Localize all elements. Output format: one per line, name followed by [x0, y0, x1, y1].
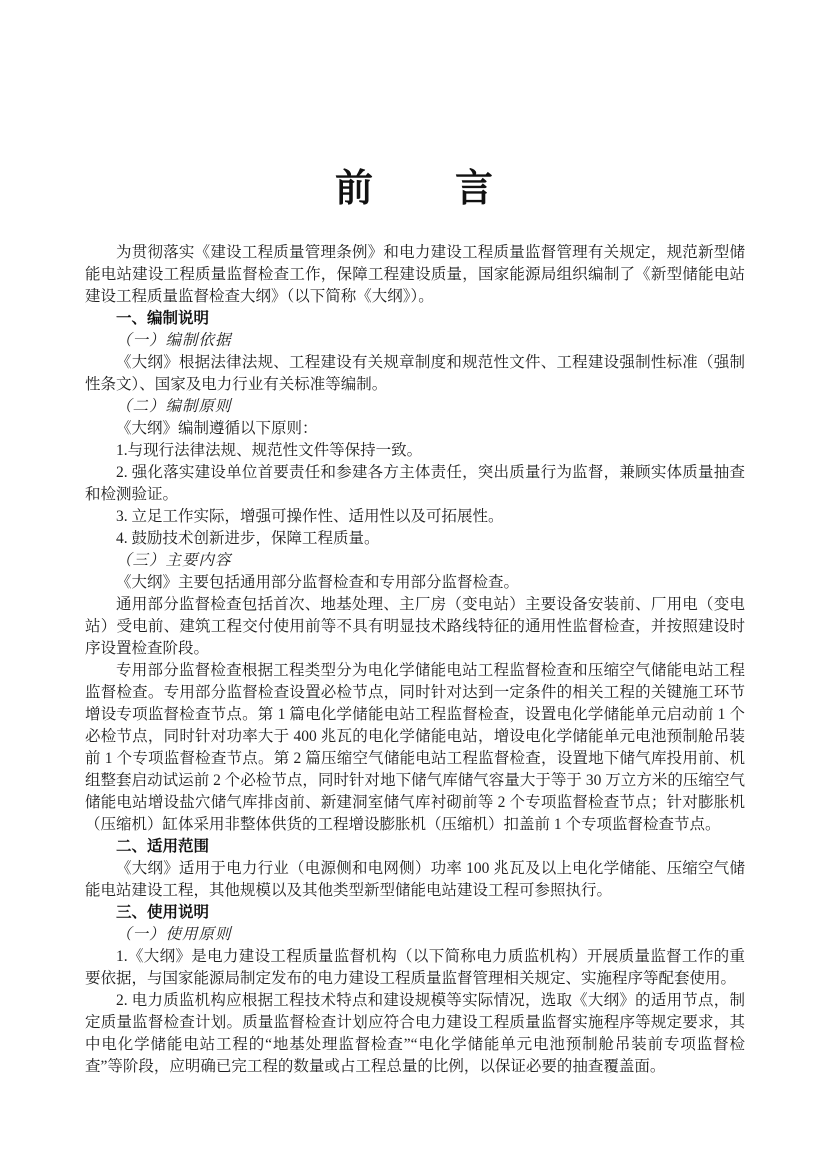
paragraph-principle-1: 1.与现行法律法规、规范性文件等保持一致。: [85, 440, 745, 462]
paragraph-principles-lead: 《大纲》编制遵循以下原则：: [85, 418, 745, 440]
paragraph-basis: 《大纲》根据法律法规、工程建设有关规章制度和规范性文件、工程建设强制性标准（强制…: [85, 352, 745, 396]
document-body: 为贯彻落实《建设工程质量管理条例》和电力建设工程质量监督管理有关规定，规范新型储…: [85, 242, 745, 1078]
section-heading-usage: 三、使用说明: [85, 902, 745, 924]
paragraph-usage-1: 1.《大纲》是电力建设工程质量监督机构（以下简称电力质监机构）开展质量监督工作的…: [85, 946, 745, 990]
subsection-heading-principles: （二）编制原则: [85, 396, 745, 418]
paragraph-special-part: 专用部分监督检查根据工程类型分为电化学储能电站工程监督检查和压缩空气储能电站工程…: [85, 660, 745, 836]
paragraph-principle-3: 3. 立足工作实际，增强可操作性、适用性以及可拓展性。: [85, 506, 745, 528]
document-page: 前 言 为贯彻落实《建设工程质量管理条例》和电力建设工程质量监督管理有关规定，规…: [0, 0, 827, 1170]
subsection-heading-basis: （一）编制依据: [85, 330, 745, 352]
paragraph-content-overview: 《大纲》主要包括通用部分监督检查和专用部分监督检查。: [85, 572, 745, 594]
subsection-heading-content: （三）主要内容: [85, 550, 745, 572]
section-heading-compilation: 一、编制说明: [85, 308, 745, 330]
paragraph-usage-2: 2. 电力质监机构应根据工程技术特点和建设规模等实际情况，选取《大纲》的适用节点…: [85, 990, 745, 1078]
paragraph-principle-4: 4. 鼓励技术创新进步，保障工程质量。: [85, 528, 745, 550]
paragraph-general-part: 通用部分监督检查包括首次、地基处理、主厂房（变电站）主要设备安装前、厂用电（变电…: [85, 594, 745, 660]
paragraph-principle-2: 2. 强化落实建设单位首要责任和参建各方主体责任，突出质量行为监督，兼顾实体质量…: [85, 462, 745, 506]
subsection-heading-usage-rules: （一）使用原则: [85, 924, 745, 946]
paragraph-intro: 为贯彻落实《建设工程质量管理条例》和电力建设工程质量监督管理有关规定，规范新型储…: [85, 242, 745, 308]
document-title: 前 言: [85, 0, 745, 210]
section-heading-scope: 二、适用范围: [85, 836, 745, 858]
paragraph-scope: 《大纲》适用于电力行业（电源侧和电网侧）功率 100 兆瓦及以上电化学储能、压缩…: [85, 858, 745, 902]
